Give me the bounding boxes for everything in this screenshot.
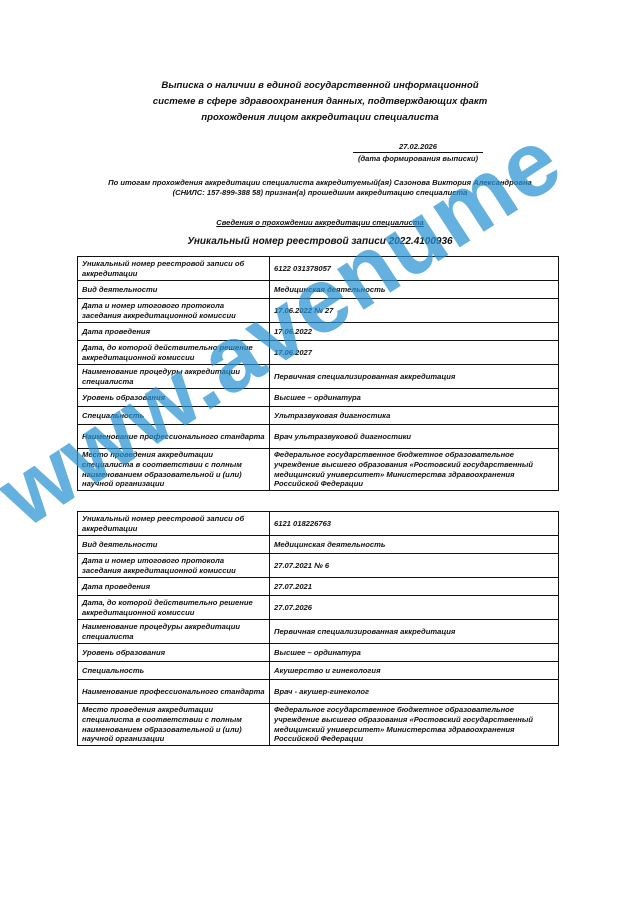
table-row: Вид деятельностиМедицинская деятельность	[78, 536, 559, 554]
row-value: Ультразвуковая диагностика	[270, 407, 559, 425]
row-label: Наименование процедуры аккредитации спец…	[78, 620, 270, 644]
table-row: Уникальный номер реестровой записи об ак…	[78, 257, 559, 281]
row-value: Врач ультразвуковой диагностики	[270, 425, 559, 449]
table-row: СпециальностьАкушерство и гинекология	[78, 662, 559, 680]
row-value: 6122 031378057	[270, 257, 559, 281]
row-label: Место проведения аккредитации специалист…	[78, 704, 270, 746]
table-row: Уровень образованияВысшее – ординатура	[78, 644, 559, 662]
table-row: Уровень образованияВысшее – ординатура	[78, 389, 559, 407]
formation-date-block: 27.02.2026 (дата формирования выписки)	[353, 142, 483, 163]
table-row: Наименование профессионального стандарта…	[78, 680, 559, 704]
table-row: Наименование процедуры аккредитации спец…	[78, 365, 559, 389]
row-label: Дата, до которой действительно решение а…	[78, 596, 270, 620]
title-line: прохождения лицом аккредитации специалис…	[80, 110, 560, 126]
row-label: Наименование профессионального стандарта	[78, 680, 270, 704]
title-line: системе в сфере здравоохранения данных, …	[80, 94, 560, 110]
row-value: 17.06.2022	[270, 323, 559, 341]
table-row: Дата и номер итогового протокола заседан…	[78, 554, 559, 578]
accreditation-record-table: Уникальный номер реестровой записи об ак…	[77, 511, 559, 746]
row-label: Уровень образования	[78, 389, 270, 407]
document-title: Выписка о наличии в единой государственн…	[80, 78, 560, 126]
accreditation-record-table: Уникальный номер реестровой записи об ак…	[77, 256, 559, 491]
row-label: Уникальный номер реестровой записи об ак…	[78, 512, 270, 536]
row-value: 17.06.2022 № 27	[270, 299, 559, 323]
row-label: Наименование процедуры аккредитации спец…	[78, 365, 270, 389]
row-label: Специальность	[78, 407, 270, 425]
row-label: Наименование профессионального стандарта	[78, 425, 270, 449]
row-value: 27.07.2021 № 6	[270, 554, 559, 578]
row-value: 27.07.2021	[270, 578, 559, 596]
table-row: Уникальный номер реестровой записи об ак…	[78, 512, 559, 536]
table-row: Наименование профессионального стандарта…	[78, 425, 559, 449]
table-row: Дата и номер итогового протокола заседан…	[78, 299, 559, 323]
row-label: Дата и номер итогового протокола заседан…	[78, 554, 270, 578]
row-value: Федеральное государственное бюджетное об…	[270, 704, 559, 746]
row-label: Специальность	[78, 662, 270, 680]
row-value: Медицинская деятельность	[270, 281, 559, 299]
table-row: Наименование процедуры аккредитации спец…	[78, 620, 559, 644]
row-value: Медицинская деятельность	[270, 536, 559, 554]
row-label: Место проведения аккредитации специалист…	[78, 449, 270, 491]
table-row: Место проведения аккредитации специалист…	[78, 704, 559, 746]
row-value: Врач - акушер-гинеколог	[270, 680, 559, 704]
row-label: Дата и номер итогового протокола заседан…	[78, 299, 270, 323]
table-row: Место проведения аккредитации специалист…	[78, 449, 559, 491]
table-row: Вид деятельностиМедицинская деятельность	[78, 281, 559, 299]
section-title: Сведения о прохождении аккредитации спец…	[80, 218, 560, 227]
table-row: Дата, до которой действительно решение а…	[78, 596, 559, 620]
row-value: Первичная специализированная аккредитаци…	[270, 365, 559, 389]
title-line: Выписка о наличии в единой государственн…	[80, 78, 560, 94]
row-value: Высшее – ординатура	[270, 389, 559, 407]
row-label: Дата проведения	[78, 578, 270, 596]
intro-line: По итогам прохождения аккредитации специ…	[80, 178, 560, 188]
row-value: 27.07.2026	[270, 596, 559, 620]
row-label: Вид деятельности	[78, 536, 270, 554]
row-label: Дата, до которой действительно решение а…	[78, 341, 270, 365]
table-row: Дата проведения27.07.2021	[78, 578, 559, 596]
row-label: Уровень образования	[78, 644, 270, 662]
row-label: Дата проведения	[78, 323, 270, 341]
intro-paragraph: По итогам прохождения аккредитации специ…	[80, 178, 560, 198]
row-value: Акушерство и гинекология	[270, 662, 559, 680]
row-value: 6121 018226763	[270, 512, 559, 536]
row-value: Высшее – ординатура	[270, 644, 559, 662]
formation-date: 27.02.2026	[353, 142, 483, 153]
table-row: Дата, до которой действительно решение а…	[78, 341, 559, 365]
row-value: Первичная специализированная аккредитаци…	[270, 620, 559, 644]
formation-date-caption: (дата формирования выписки)	[353, 153, 483, 163]
row-label: Уникальный номер реестровой записи об ак…	[78, 257, 270, 281]
registry-number-heading: Уникальный номер реестровой записи 2022.…	[80, 236, 560, 247]
row-value: Федеральное государственное бюджетное об…	[270, 449, 559, 491]
row-value: 17.06.2027	[270, 341, 559, 365]
row-label: Вид деятельности	[78, 281, 270, 299]
table-row: СпециальностьУльтразвуковая диагностика	[78, 407, 559, 425]
intro-line: (СНИЛС: 157-899-388 58) признан(а) проше…	[80, 188, 560, 198]
table-row: Дата проведения17.06.2022	[78, 323, 559, 341]
